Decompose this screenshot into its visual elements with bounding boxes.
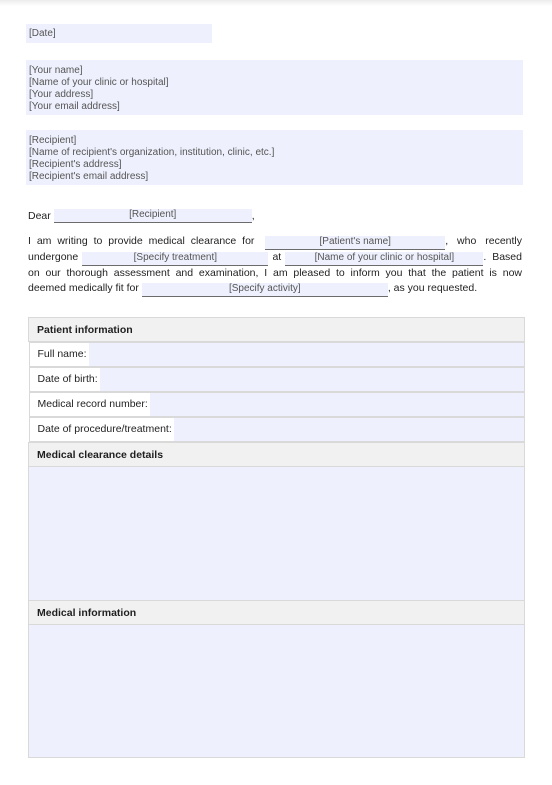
body-text-5: . Based — [483, 250, 522, 266]
date-field[interactable]: [Date] — [26, 24, 212, 43]
recipient-organization: [Name of recipient's organization, insti… — [29, 147, 523, 159]
greeting-recipient-field[interactable]: [Recipient] — [54, 209, 252, 223]
sender-address-field[interactable]: [Your name] [Name of your clinic or hosp… — [26, 60, 523, 115]
recipient-address: [Recipient's address] — [29, 159, 523, 171]
date-of-birth-input[interactable] — [100, 368, 524, 391]
body-line-4: deemed medically fit for [Specify activi… — [28, 281, 522, 297]
body-text-8: , as you requested. — [388, 281, 477, 297]
sender-email: [Your email address] — [29, 101, 523, 113]
medical-record-number-label: Medical record number: — [30, 393, 150, 416]
medical-record-number-input[interactable] — [150, 393, 524, 416]
sender-name: [Your name] — [29, 65, 523, 77]
sender-clinic: [Name of your clinic or hospital] — [29, 77, 523, 89]
greeting-comma: , — [252, 210, 255, 222]
patient-name-field[interactable]: [Patient's name] — [265, 236, 445, 250]
body-paragraph: I am writing to provide medical clearanc… — [28, 234, 522, 297]
body-text-1: I am writing to provide medical clearanc… — [28, 234, 254, 250]
table-row: Medical record number: — [29, 392, 525, 417]
date-placeholder: [Date] — [29, 28, 56, 39]
body-text-2: , who recently — [445, 234, 522, 250]
sender-address: [Your address] — [29, 89, 523, 101]
patient-info-header: Patient information — [29, 318, 525, 342]
activity-field[interactable]: [Specify activity] — [142, 283, 388, 297]
date-of-birth-label: Date of birth: — [30, 368, 100, 391]
full-name-label: Full name: — [30, 343, 89, 366]
table-row: Date of procedure/treatment: — [29, 417, 525, 442]
body-text-3: undergone — [28, 250, 78, 266]
medical-info-input[interactable] — [29, 625, 525, 758]
body-line-1: I am writing to provide medical clearanc… — [28, 234, 522, 250]
procedure-date-input[interactable] — [174, 418, 524, 441]
body-line-3: on our thorough assessment and examinati… — [28, 266, 522, 282]
clearance-details-input[interactable] — [29, 467, 525, 601]
medical-info-header: Medical information — [29, 601, 525, 625]
patient-info-table: Patient information Full name: Date of b… — [28, 317, 525, 758]
recipient-address-field[interactable]: [Recipient] [Name of recipient's organiz… — [26, 130, 523, 185]
table-row: Full name: — [29, 342, 525, 367]
table-row: Date of birth: — [29, 367, 525, 392]
page-top-shadow — [0, 0, 552, 6]
recipient-email: [Recipient's email address] — [29, 171, 523, 183]
procedure-date-label: Date of procedure/treatment: — [30, 418, 174, 441]
body-text-4: at — [272, 250, 281, 266]
treatment-field[interactable]: [Specify treatment] — [82, 252, 268, 266]
body-line-2: undergone [Specify treatment] at [Name o… — [28, 250, 522, 266]
greeting-line: Dear [Recipient], — [28, 209, 255, 223]
recipient-name: [Recipient] — [29, 135, 523, 147]
clinic-field[interactable]: [Name of your clinic or hospital] — [285, 252, 483, 266]
body-text-7: deemed medically fit for — [28, 281, 139, 297]
salutation: Dear — [28, 210, 51, 222]
full-name-input[interactable] — [89, 343, 524, 366]
clearance-details-header: Medical clearance details — [29, 443, 525, 467]
